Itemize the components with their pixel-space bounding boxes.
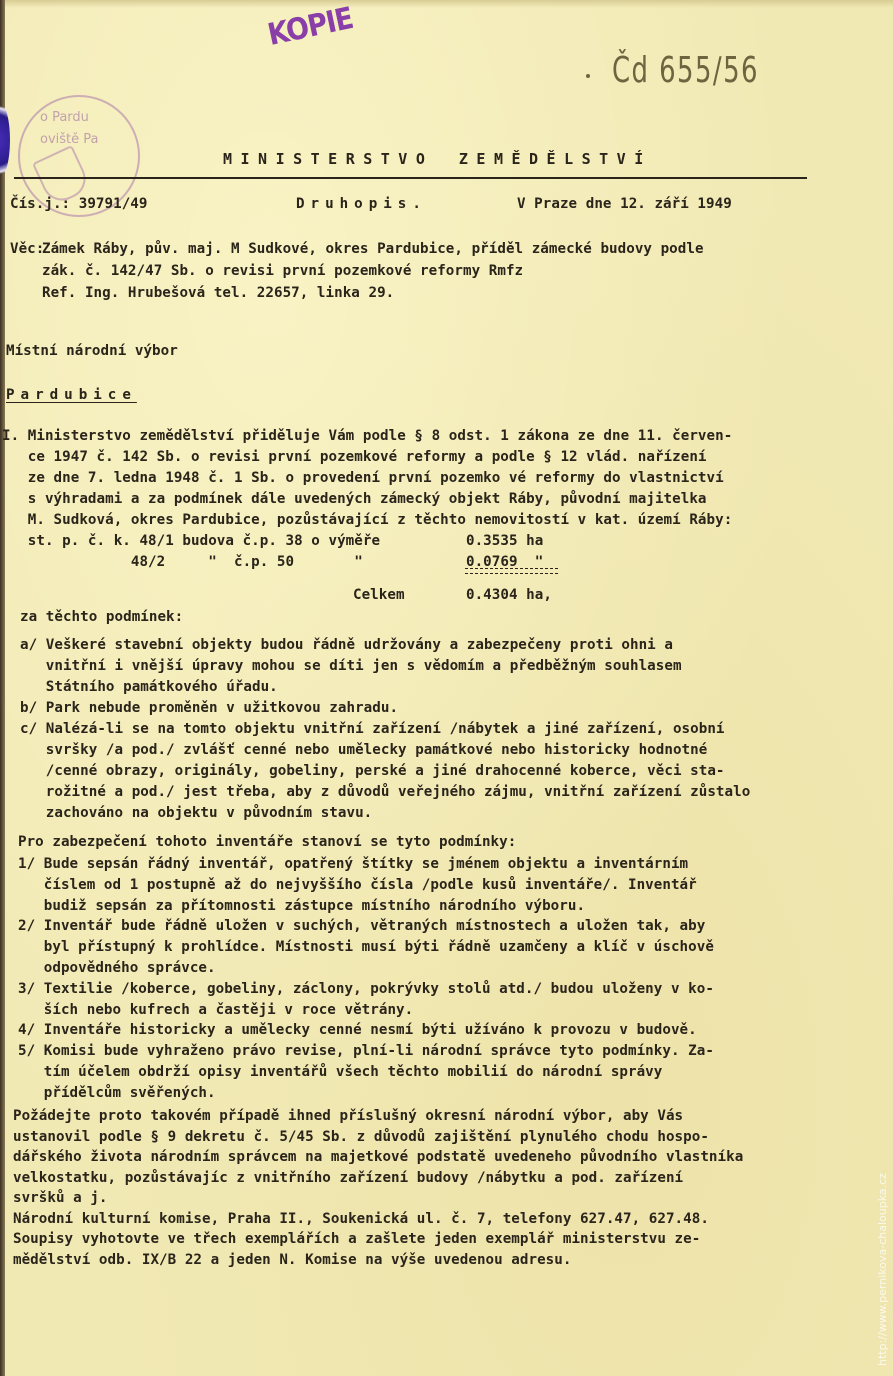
website-watermark: http://www.pernikova-chaloupka.cz <box>876 1173 889 1366</box>
inventory-rule-line: číslem od 1 postupně až do nejvyššího čí… <box>18 877 697 893</box>
paper-binding-edge <box>0 0 5 1376</box>
condition-line: c/ Nalézá-li se na tomto objektu vnitřní… <box>20 721 725 737</box>
condition-line: svršky /a pod./ zvlášť cenné nebo umělec… <box>20 742 707 758</box>
subject-line: Ref. Ing. Hrubešová tel. 22657, linka 29… <box>42 285 394 301</box>
inventory-rule-line: odpovědného správce. <box>18 960 216 976</box>
condition-line: /cenné obrazy, originály, gobeliny, pers… <box>20 763 725 779</box>
paragraph-line: I. Ministerstvo zemědělství přiděluje Vá… <box>2 428 732 444</box>
ministry-header: MINISTERSTVO ZEMĚDĚLSTVÍ <box>223 150 652 168</box>
sum-double-underline <box>465 568 558 574</box>
condition-line: b/ Park nebude proměněn v užitkovou zahr… <box>20 700 398 716</box>
copy-label: Druhopis. <box>296 196 427 212</box>
condition-line: rožitné a pod./ jest třeba, aby z důvodů… <box>20 784 750 800</box>
inventory-rule-line: tím účelem obdrží opisy inventářů všech … <box>18 1064 662 1080</box>
closing-line: mědělství odb. IX/B 22 a jeden N. Komise… <box>13 1252 571 1268</box>
condition-line: Státního památkového úřadu. <box>20 679 278 695</box>
conditions-intro: za těchto podmínek: <box>20 609 183 625</box>
closing-line: Soupisy vyhotovte ve třech exemplářích a… <box>13 1231 700 1247</box>
closing-line: svršků a j. <box>13 1190 108 1206</box>
inventory-rule-line: 4/ Inventáře historicky a umělecky cenné… <box>18 1022 697 1038</box>
closing-line: velkostatku, pozůstávajíc z vnitřního za… <box>13 1170 683 1186</box>
round-stamp-text: o Pardu oviště Pa <box>40 107 98 151</box>
reference-number: Čís.j.: 39791/49 <box>10 196 147 212</box>
parcel-line: 48/2 " č.p. 50 " <box>2 554 363 570</box>
inventory-rule-line: budiž sepsán za přítomnosti zástupce mís… <box>18 898 585 914</box>
paper-top-edge <box>0 0 893 8</box>
condition-line: zachováno na objektu v původním stavu. <box>20 805 372 821</box>
paragraph-line: M. Sudková, okres Pardubice, pozůstávají… <box>2 512 732 528</box>
place-date: V Praze dne 12. září 1949 <box>517 196 732 212</box>
addressee-name: Místní národní výbor <box>6 343 178 359</box>
parcel-area: 0.3535 ha <box>466 533 543 549</box>
subject-line: Zámek Ráby, pův. maj. M Sudkové, okres P… <box>42 241 704 257</box>
inventory-rule-line: 5/ Komisi bude vyhraženo právo revise, p… <box>18 1043 714 1059</box>
inventory-rule-line: 3/ Textilie /koberce, gobeliny, záclony,… <box>18 981 714 997</box>
closing-line: Požádejte proto takovém případě ihned př… <box>13 1108 683 1124</box>
archive-number-stamp: Čd 655/56 <box>612 50 759 91</box>
total-label: Celkem <box>353 587 405 603</box>
addressee-city: Pardubice <box>6 387 137 403</box>
blue-clip-mark <box>0 100 10 180</box>
inventory-rule-line: ších nebo kufrech a častěji v roce větrá… <box>18 1002 413 1018</box>
condition-line: a/ Veškeré stavební objekty budou řádně … <box>20 637 673 653</box>
header-rule <box>14 177 807 179</box>
round-stamp-line: o Pardu <box>40 107 98 129</box>
document-page: KOPIE Čd 655/56 o Pardu oviště Pa MINIST… <box>0 0 893 1376</box>
paragraph-line: ce 1947 č. 142 Sb. o revisi první pozemk… <box>2 449 707 465</box>
inventory-intro: Pro zabezpečení tohoto inventáře stanoví… <box>18 834 516 850</box>
paragraph-line: s výhradami a za podmínek dále uvedených… <box>2 491 707 507</box>
archive-dot <box>586 74 590 78</box>
parcel-line: st. p. č. k. 48/1 budova č.p. 38 o výměř… <box>2 533 380 549</box>
kopie-stamp: KOPIE <box>265 1 356 53</box>
closing-line: dářského života národním správcem na maj… <box>13 1149 743 1165</box>
inventory-rule-line: 2/ Inventář bude řádně uložen v suchých,… <box>18 918 705 934</box>
subject-line: zák. č. 142/47 Sb. o revisi první pozemk… <box>42 263 523 279</box>
inventory-rule-line: byl přístupný k prohlídce. Místnosti mus… <box>18 939 714 955</box>
closing-line: ustanovil podle § 9 dekretu č. 5/45 Sb. … <box>13 1129 709 1145</box>
closing-line: Národní kulturní komise, Praha II., Souk… <box>13 1211 709 1227</box>
inventory-rule-line: 1/ Bude sepsán řádný inventář, opatřený … <box>18 856 688 872</box>
subject-label: Věc: <box>10 241 44 257</box>
condition-line: vnitřní i vnější úpravy mohou se díti je… <box>20 658 682 674</box>
paragraph-line: ze dne 7. ledna 1948 č. 1 Sb. o proveden… <box>2 470 724 486</box>
total-area: 0.4304 ha, <box>466 587 552 603</box>
inventory-rule-line: přídělcům svěřených. <box>18 1085 216 1101</box>
